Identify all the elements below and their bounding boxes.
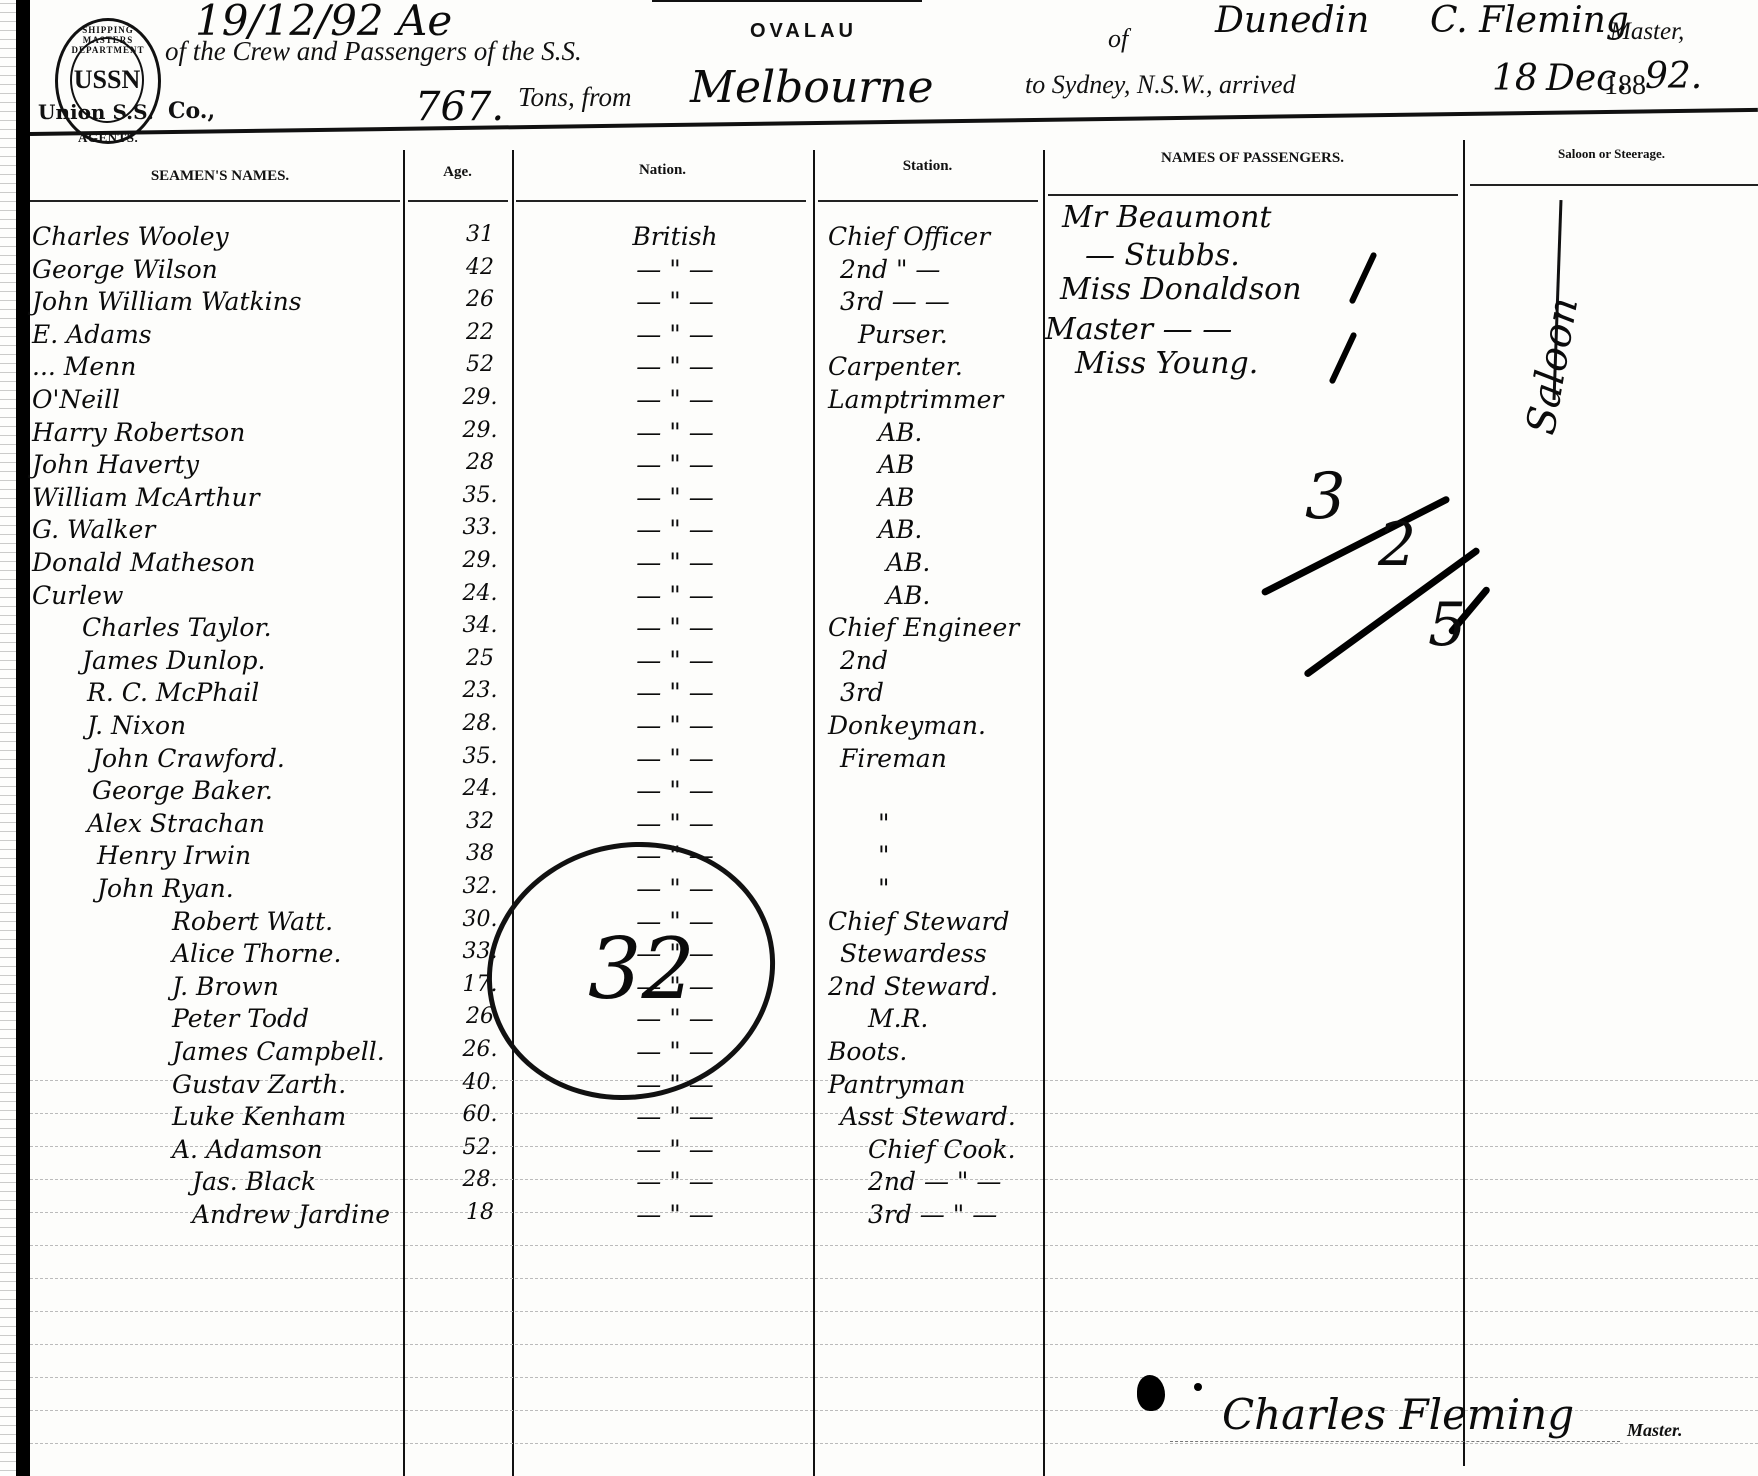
company-prefix: Union <box>38 100 105 124</box>
seaman-name: John William Watkins <box>32 287 302 316</box>
seaman-station: 2nd <box>840 646 888 675</box>
tons-from-label: Tons, from <box>518 82 632 113</box>
seaman-station: " <box>878 874 890 903</box>
ruled-line <box>30 1278 1758 1279</box>
tally-bottom: 5 <box>1428 590 1466 660</box>
passenger-name: Mr Beaumont <box>1062 200 1272 235</box>
seaman-nation: — " — <box>560 483 790 512</box>
seaman-station: AB. <box>886 581 930 610</box>
seaman-name: Curlew <box>32 581 123 610</box>
table-row: Charles Taylor.34.— " —Chief Engineer <box>0 613 1758 646</box>
table-row: G. Walker33.— " —AB. <box>0 515 1758 548</box>
seaman-name: R. C. McPhail <box>87 678 259 707</box>
seaman-station: Stewardess <box>840 939 987 968</box>
table-row: O'Neill29.— " —Lamptrimmer <box>0 385 1758 418</box>
seaman-nation: — " — <box>560 515 790 544</box>
table-row: Andrew Jardine18— " —3rd — " — <box>0 1200 1758 1233</box>
seaman-nation: British <box>560 222 790 251</box>
seaman-station: AB. <box>878 515 922 544</box>
seaman-station: Chief Officer <box>828 222 990 251</box>
column-header-station: Station. <box>815 158 1040 175</box>
passenger-name: Master — — <box>1045 312 1232 347</box>
tally-middle: 2 <box>1378 510 1416 580</box>
seaman-nation: — " — <box>560 711 790 740</box>
master-name: C. Fleming <box>1430 0 1629 41</box>
seaman-nation: — " — <box>560 613 790 642</box>
seaman-name: Alice Thorne. <box>172 939 341 968</box>
ship-name-rule <box>652 0 922 2</box>
passenger-name: Miss Donaldson <box>1060 272 1302 307</box>
seaman-name: E. Adams <box>32 320 152 349</box>
seaman-name: Jas. Black <box>192 1167 316 1196</box>
seaman-station: AB <box>878 483 914 512</box>
seaman-nation: — " — <box>560 385 790 414</box>
tonnage: 767. <box>415 84 504 130</box>
ruled-line <box>30 1443 1758 1444</box>
seaman-station: Boots. <box>828 1037 907 1066</box>
seaman-nation: — " — <box>560 744 790 773</box>
company-mid: S.S. <box>112 100 153 124</box>
seaman-age: 18 <box>450 1200 510 1225</box>
seaman-nation: — " — <box>560 450 790 479</box>
seaman-station: Carpenter. <box>828 352 963 381</box>
ruled-line <box>30 1377 1758 1378</box>
seaman-nation: — " — <box>560 809 790 838</box>
column-header-nation: Nation. <box>515 162 810 179</box>
seaman-age: 23. <box>450 678 510 703</box>
table-row: Harry Robertson29.— " —AB. <box>0 418 1758 451</box>
seaman-station: Chief Cook. <box>868 1135 1016 1164</box>
column-header-passengers: NAMES OF PASSENGERS. <box>1045 150 1460 167</box>
table-row: Curlew24.— " —AB. <box>0 581 1758 614</box>
seaman-station: 3rd — — <box>840 287 950 316</box>
seaman-age: 31 <box>450 222 510 247</box>
seaman-station: Lamptrimmer <box>828 385 1003 414</box>
header-rule <box>516 200 806 202</box>
column-header-seamen: SEAMEN'S NAMES. <box>40 168 400 185</box>
seaman-nation: — " — <box>560 352 790 381</box>
seaman-station: AB. <box>886 548 930 577</box>
arrival-year-printed: 188 <box>1604 70 1646 102</box>
seaman-age: 24. <box>450 776 510 801</box>
table-row: Henry Irwin38— " —" <box>0 841 1758 874</box>
seaman-name: John Ryan. <box>97 874 234 903</box>
company-name: Union S.S. <box>38 100 154 124</box>
destination-line: to Sydney, N.S.W., arrived <box>1025 70 1296 100</box>
seaman-nation: — " — <box>560 646 790 675</box>
seaman-station: Chief Steward <box>828 907 1009 936</box>
master-signature: Charles Fleming <box>1222 1390 1574 1439</box>
table-row: Robert Watt.30.— " —Chief Steward <box>0 907 1758 940</box>
seaman-station: 3rd — " — <box>868 1200 997 1229</box>
seaman-name: William McArthur <box>32 483 260 512</box>
seaman-nation: — " — <box>560 255 790 284</box>
port-of-registry: Dunedin <box>1215 0 1369 41</box>
seaman-age: 34. <box>450 613 510 638</box>
table-row: Alice Thorne.33.— " —Stewardess <box>0 939 1758 972</box>
header-rule <box>408 200 508 202</box>
header-rule <box>1048 194 1458 196</box>
seaman-station: Pantryman <box>828 1070 966 1099</box>
seaman-age: 52. <box>450 1135 510 1160</box>
table-row: John Ryan.32.— " —" <box>0 874 1758 907</box>
seaman-station: Purser. <box>858 320 948 349</box>
seaman-age: 29. <box>450 418 510 443</box>
table-row: Luke Kenham60.— " —Asst Steward. <box>0 1102 1758 1135</box>
seaman-station: 2nd — " — <box>868 1167 1001 1196</box>
seaman-age: 42 <box>450 255 510 280</box>
seaman-age: 40. <box>450 1070 510 1095</box>
table-row: Donald Matheson29.— " —AB. <box>0 548 1758 581</box>
seaman-age: 26. <box>450 1037 510 1062</box>
header-rule <box>818 200 1038 202</box>
seaman-station: 3rd <box>840 678 884 707</box>
seaman-age: 28. <box>450 1167 510 1192</box>
seaman-station: " <box>878 841 890 870</box>
seaman-nation: — " — <box>560 418 790 447</box>
seaman-age: 29. <box>450 385 510 410</box>
table-row: Alex Strachan32— " —" <box>0 809 1758 842</box>
seaman-age: 38 <box>450 841 510 866</box>
company-suffix: Co., <box>168 98 215 124</box>
seaman-station: Donkeyman. <box>828 711 986 740</box>
passenger-name: — Stubbs. <box>1085 238 1240 273</box>
seaman-name: George Baker. <box>92 776 273 805</box>
seaman-nation: — " — <box>560 678 790 707</box>
seaman-age: 28. <box>450 711 510 736</box>
ruled-line <box>30 1344 1758 1345</box>
arrival-day: 18 <box>1492 58 1538 99</box>
table-row: Peter Todd26— " —M.R. <box>0 1004 1758 1037</box>
seaman-age: 25 <box>450 646 510 671</box>
seaman-name: J. Brown <box>172 972 279 1001</box>
seaman-name: Harry Robertson <box>32 418 245 447</box>
ink-blot <box>1137 1375 1165 1411</box>
seaman-name: Peter Todd <box>172 1004 309 1033</box>
ship-name: OVALAU <box>750 20 857 43</box>
seaman-nation: — " — <box>560 581 790 610</box>
seaman-name: G. Walker <box>32 515 155 544</box>
table-row: James Campbell.26.— " —Boots. <box>0 1037 1758 1070</box>
table-row: J. Brown17.— " —2nd Steward. <box>0 972 1758 1005</box>
seaman-age: 26 <box>450 287 510 312</box>
seaman-age: 33. <box>450 515 510 540</box>
seaman-name: John Haverty <box>32 450 199 479</box>
seaman-name: Charles Wooley <box>32 222 229 251</box>
table-row: E. Adams22— " —Purser. <box>0 320 1758 353</box>
seaman-name: J. Nixon <box>87 711 186 740</box>
seaman-station: AB <box>878 450 914 479</box>
table-row: A. Adamson52.— " —Chief Cook. <box>0 1135 1758 1168</box>
column-header-age: Age. <box>405 164 510 181</box>
seaman-age: 52 <box>450 352 510 377</box>
seaman-nation: — " — <box>560 1200 790 1229</box>
seaman-name: Henry Irwin <box>97 841 251 870</box>
seaman-name: James Dunlop. <box>82 646 265 675</box>
ruled-line <box>30 1311 1758 1312</box>
seaman-name: Charles Taylor. <box>82 613 272 642</box>
table-row: J. Nixon28.— " —Donkeyman. <box>0 711 1758 744</box>
seaman-age: 28 <box>450 450 510 475</box>
seaman-station: 2nd " — <box>840 255 940 284</box>
seaman-nation: — " — <box>560 320 790 349</box>
seaman-nation: — " — <box>560 1135 790 1164</box>
seaman-age: 35. <box>450 483 510 508</box>
header-rule <box>1470 184 1758 186</box>
seaman-name: John Crawford. <box>92 744 285 773</box>
ruled-line <box>30 1245 1758 1246</box>
table-row: William McArthur35.— " —AB <box>0 483 1758 516</box>
header-rule <box>30 200 400 202</box>
seaman-station: Asst Steward. <box>840 1102 1016 1131</box>
seaman-name: ... Menn <box>32 352 136 381</box>
departure-port: Melbourne <box>690 62 934 113</box>
seaman-name: Robert Watt. <box>172 907 333 936</box>
seaman-nation: — " — <box>560 287 790 316</box>
seaman-age: 32. <box>450 874 510 899</box>
seaman-nation: — " — <box>560 1167 790 1196</box>
signature-line <box>1170 1441 1620 1442</box>
seaman-nation: — " — <box>560 548 790 577</box>
table-row: Gustav Zarth.40.— " —Pantryman <box>0 1070 1758 1103</box>
seaman-station: Fireman <box>840 744 947 773</box>
seaman-name: Gustav Zarth. <box>172 1070 346 1099</box>
seaman-station: Chief Engineer <box>828 613 1019 642</box>
tally-top: 3 <box>1305 460 1346 534</box>
form-title: of the Crew and Passengers of the S.S. <box>165 36 582 67</box>
seaman-station: " <box>878 809 890 838</box>
table-row: ... Menn52— " —Carpenter. <box>0 352 1758 385</box>
table-row: Charles Wooley31BritishChief Officer <box>0 222 1758 255</box>
table-row: R. C. McPhail23.— " —3rd <box>0 678 1758 711</box>
seaman-name: George Wilson <box>32 255 218 284</box>
seaman-station: 2nd Steward. <box>828 972 998 1001</box>
table-row: George Baker.24.— " — <box>0 776 1758 809</box>
signature-label: Master. <box>1627 1420 1683 1441</box>
seaman-name: James Campbell. <box>172 1037 385 1066</box>
master-label: Master, <box>1610 18 1684 46</box>
arrival-year-written: 92. <box>1645 56 1702 97</box>
seaman-age: 24. <box>450 581 510 606</box>
seaman-name: Luke Kenham <box>172 1102 346 1131</box>
seaman-name: Donald Matheson <box>32 548 255 577</box>
seaman-age: 29. <box>450 548 510 573</box>
ink-dot <box>1194 1383 1202 1391</box>
table-row: Jas. Black28.— " —2nd — " — <box>0 1167 1758 1200</box>
seaman-name: A. Adamson <box>172 1135 323 1164</box>
shipping-master-seal-icon: SHIPPING MASTERS DEPARTMENT USSN <box>55 18 161 144</box>
seaman-name: Alex Strachan <box>87 809 265 838</box>
table-row: John Haverty28— " —AB <box>0 450 1758 483</box>
seaman-station: AB. <box>878 418 922 447</box>
passenger-manifest-page: SHIPPING MASTERS DEPARTMENT USSN Union S… <box>0 0 1758 1476</box>
of-label: of <box>1108 24 1128 54</box>
seaman-age: 22 <box>450 320 510 345</box>
seaman-age: 60. <box>450 1102 510 1127</box>
seaman-station: M.R. <box>868 1004 928 1033</box>
seaman-nation: — " — <box>560 776 790 805</box>
table-row: James Dunlop.25— " —2nd <box>0 646 1758 679</box>
seaman-name: Andrew Jardine <box>192 1200 390 1229</box>
passenger-name: Miss Young. <box>1075 346 1258 381</box>
seaman-age: 35. <box>450 744 510 769</box>
crew-total: 32 <box>588 920 695 1018</box>
table-row: George Wilson42— " —2nd " — <box>0 255 1758 288</box>
seaman-nation: — " — <box>560 1102 790 1131</box>
seaman-age: 32 <box>450 809 510 834</box>
column-header-class: Saloon or Steerage. <box>1465 146 1758 162</box>
table-row: John William Watkins26— " —3rd — — <box>0 287 1758 320</box>
seaman-name: O'Neill <box>32 385 120 414</box>
table-row: John Crawford.35.— " —Fireman <box>0 744 1758 777</box>
